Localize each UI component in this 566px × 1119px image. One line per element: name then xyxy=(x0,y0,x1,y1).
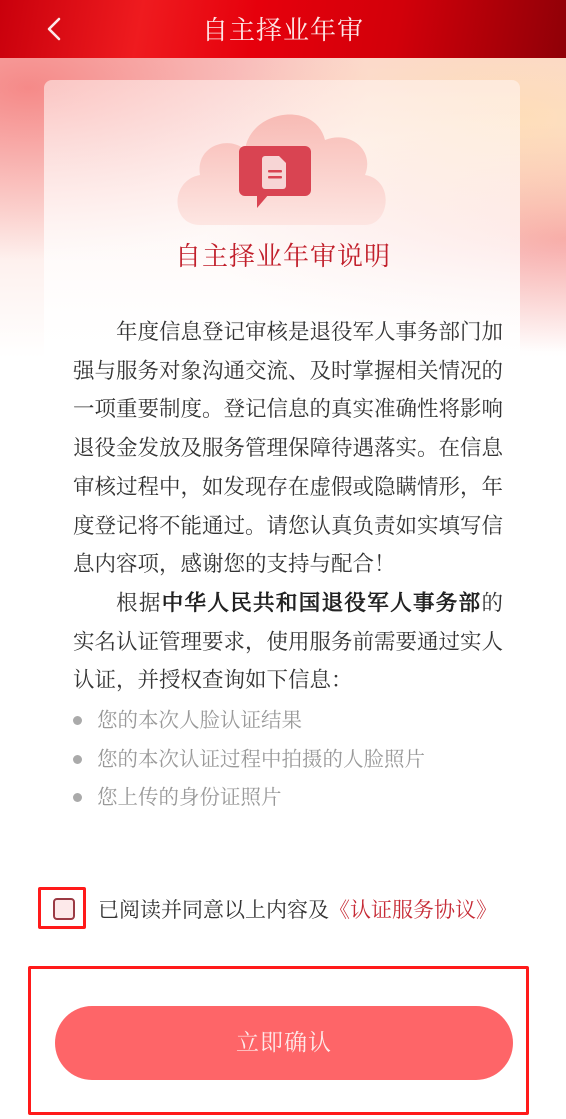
list-item-text: 您的本次人脸认证结果 xyxy=(97,708,302,732)
service-agreement-link[interactable]: 《认证服务协议》 xyxy=(329,898,497,922)
paragraph-2-prefix: 根据 xyxy=(116,591,162,616)
header-bar: 自主择业年审 xyxy=(0,0,566,58)
list-item: 您上传的身份证照片 xyxy=(73,778,503,817)
paragraph-2: 根据中华人民共和国退役军人事务部的实名认证管理要求，使用服务前需要通过实人认证，… xyxy=(73,585,503,701)
agree-checkbox[interactable] xyxy=(53,898,75,920)
agreement-row: 已阅读并同意以上内容及《认证服务协议》 xyxy=(38,887,538,931)
bullet-icon xyxy=(73,755,82,764)
bullet-icon xyxy=(73,793,82,802)
section-title: 自主择业年审说明 xyxy=(0,236,566,273)
list-item: 您的本次认证过程中拍摄的人脸照片 xyxy=(73,740,503,779)
bullet-icon xyxy=(73,716,82,725)
document-chat-icon xyxy=(239,146,311,208)
list-item: 您的本次人脸认证结果 xyxy=(73,701,503,740)
ministry-name: 中华人民共和国退役军人事务部 xyxy=(162,591,482,616)
authorization-list: 您的本次人脸认证结果 您的本次认证过程中拍摄的人脸照片 您上传的身份证照片 xyxy=(73,701,503,817)
page-title: 自主择业年审 xyxy=(0,10,566,47)
paragraph-1: 年度信息登记审核是退役军人事务部门加强与服务对象沟通交流、及时掌握相关情况的一项… xyxy=(73,314,503,585)
list-item-text: 您的本次认证过程中拍摄的人脸照片 xyxy=(97,747,425,771)
description-body: 年度信息登记审核是退役军人事务部门加强与服务对象沟通交流、及时掌握相关情况的一项… xyxy=(73,314,503,817)
confirm-button[interactable]: 立即确认 xyxy=(55,1006,513,1080)
agreement-text: 已阅读并同意以上内容及《认证服务协议》 xyxy=(98,894,497,924)
agreement-label: 已阅读并同意以上内容及 xyxy=(98,898,329,922)
list-item-text: 您上传的身份证照片 xyxy=(97,785,282,809)
